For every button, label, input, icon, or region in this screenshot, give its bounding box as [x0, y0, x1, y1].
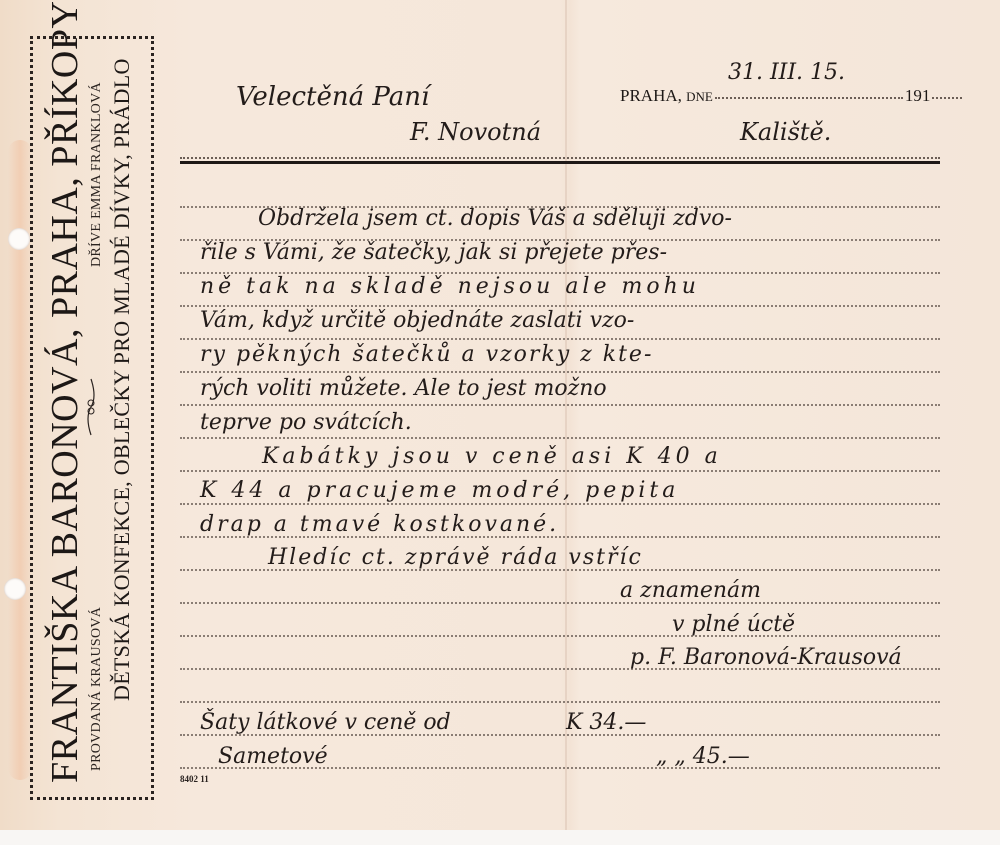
ruled-line [180, 371, 940, 373]
ruled-line [180, 503, 940, 505]
date-line: PRAHA, DNE191 [620, 86, 962, 106]
body-line: Vám, když určitě objednáte zaslati vzo- [200, 308, 634, 333]
ruled-line [180, 404, 940, 406]
postscript-item: Šaty látkové v ceně od [200, 710, 451, 735]
punch-hole-top [8, 228, 30, 250]
letterhead-tagline: DĚTSKÁ KONFEKCE, OBLEČKY PRO MLADÉ DÍVKY… [109, 58, 135, 701]
body-line: Hledíc ct. zprávě ráda vstříc [268, 545, 643, 570]
year-prefix: 191 [905, 86, 931, 105]
ruled-line [180, 338, 940, 340]
year-dotted-line [932, 97, 962, 99]
body-line: ně tak na skladě nejsou ale mohu [200, 274, 700, 299]
postscript-price: K 34.— [566, 710, 646, 735]
recipient-place: Kaliště. [740, 118, 831, 146]
body-line: rých voliti můžete. Ale to jest možno [200, 376, 607, 401]
date-dotted-line [715, 97, 903, 99]
signature: p. F. Baronová-Krausová [630, 645, 902, 670]
body-line: řile s Vámi, že šatečky, jak si přejete … [200, 240, 667, 265]
header-separator-dotted [180, 157, 940, 159]
ornament-icon [83, 377, 99, 437]
punch-hole-bottom [4, 578, 26, 600]
postscript-item: Sametové [218, 744, 328, 769]
body-line: ry pěkných šatečků a vzorky z kte- [200, 342, 653, 367]
ruled-line [180, 470, 940, 472]
letter-paper: FRANTIŠKA BARONOVÁ, PRAHA, PŘÍKOPY 15 PR… [0, 0, 1000, 830]
ruled-line [180, 305, 940, 307]
header-separator-rule [180, 161, 940, 164]
city-label: PRAHA, [620, 86, 682, 105]
handwritten-date: 31. III. 15. [728, 60, 845, 85]
body-line: K 44 a pracujeme modré, pepita [200, 478, 679, 503]
body-line: Obdržela jsem ct. dopis Váš a sděluji zd… [258, 206, 732, 231]
ruled-line [180, 635, 940, 637]
body-line: Kabátky jsou v ceně asi K 40 a [262, 444, 722, 469]
recipient-name: F. Novotná [410, 118, 541, 146]
print-code: 8402 11 [180, 774, 209, 784]
ruled-line [180, 701, 940, 703]
scan-margin [0, 830, 1000, 845]
body-line: drap a tmavé kostkované. [200, 512, 559, 537]
closing-line: v plné úctě [672, 612, 795, 637]
fold-crease [565, 0, 567, 830]
dne-label: DNE [686, 89, 713, 104]
ruled-line [180, 437, 940, 439]
letterhead-title: FRANTIŠKA BARONOVÁ, PRAHA, PŘÍKOPY 15 [43, 0, 87, 783]
postscript-price: „ „ 45.— [656, 744, 750, 769]
ruled-line [180, 602, 940, 604]
letterhead-subtitle-right: DŘÍVE EMMA FRANKLOVÁ [89, 82, 105, 267]
letterhead-box: FRANTIŠKA BARONOVÁ, PRAHA, PŘÍKOPY 15 PR… [30, 36, 154, 800]
closing-line: a znamenám [620, 578, 761, 603]
salutation: Velectěná Paní [236, 82, 429, 112]
body-line: teprve po svátcích. [200, 410, 412, 435]
letterhead-subtitle-left: PROVDANÁ KRAUSOVÁ [89, 607, 105, 771]
letterhead-rotated: FRANTIŠKA BARONOVÁ, PRAHA, PŘÍKOPY 15 PR… [33, 39, 151, 797]
